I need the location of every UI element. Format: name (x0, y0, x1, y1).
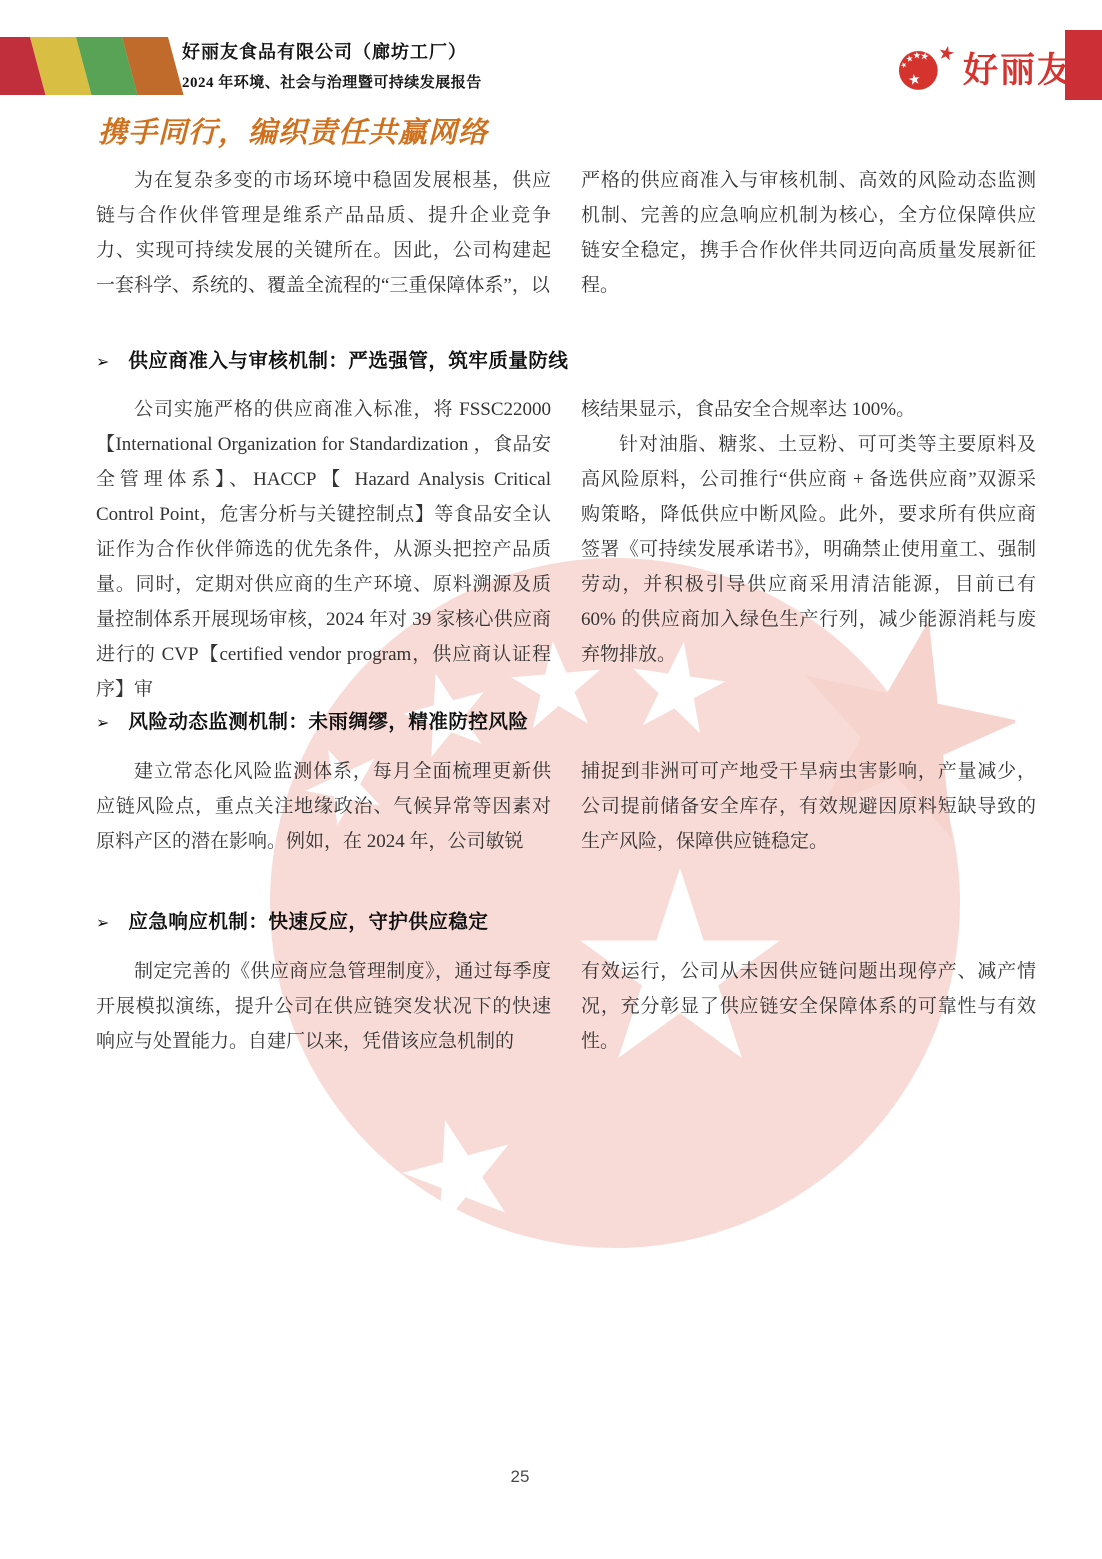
section-1-right-column: 核结果显示，食品安全合规率达 100%。 针对油脂、糖浆、土豆粉、可可类等主要原… (581, 392, 1036, 707)
paragraph: 有效运行，公司从未因供应链问题出现停产、减产情况，充分彰显了供应链安全保障体系的… (581, 954, 1036, 1059)
paragraph: 建立常态化风险监测体系，每月全面梳理更新供应链风险点，重点关注地缘政治、气候异常… (96, 754, 551, 859)
page-title: 携手同行，编织责任共赢网络 (98, 110, 488, 151)
page-number: 25 (511, 1467, 530, 1486)
bullet-arrow-icon: ➢ (96, 348, 109, 378)
paragraph: 捕捉到非洲可可产地受干旱病虫害影响，产量减少，公司提前储备安全库存，有效规避因原… (581, 754, 1036, 859)
paragraph: 为在复杂多变的市场环境中稳固发展根基，供应链与合作伙伴管理是维系产品品质、提升企… (96, 163, 551, 303)
paragraph: 严格的供应商准入与审核机制、高效的风险动态监测机制、完善的应急响应机制为核心，全… (581, 163, 1036, 303)
section-heading-text: 应急响应机制：快速反应，守护供应稳定 (128, 908, 488, 938)
paragraph: 公司实施严格的供应商准入标准，将 FSSC22000【International… (96, 392, 551, 707)
section-heading-risk-monitoring: ➢ 风险动态监测机制：未雨绸缪，精准防控风险 (96, 708, 1036, 739)
header-text-block: 好丽友食品有限公司（廊坊工厂） 2024 年环境、社会与治理暨可持续发展报告 (182, 38, 482, 92)
page-corner-tab (1065, 30, 1102, 100)
header-stripe-decoration (0, 37, 184, 95)
section-1-left-column: 公司实施严格的供应商准入标准，将 FSSC22000【International… (96, 392, 551, 707)
brand-logo: 好丽友 (897, 42, 1074, 94)
section-heading-text: 供应商准入与审核机制：严选强管，筑牢质量防线 (128, 347, 568, 377)
intro-right-column: 严格的供应商准入与审核机制、高效的风险动态监测机制、完善的应急响应机制为核心，全… (581, 163, 1036, 303)
section-2-left-column: 建立常态化风险监测体系，每月全面梳理更新供应链风险点，重点关注地缘政治、气候异常… (96, 754, 551, 859)
section-2-body: 建立常态化风险监测体系，每月全面梳理更新供应链风险点，重点关注地缘政治、气候异常… (96, 754, 1036, 859)
paragraph: 针对油脂、糖浆、土豆粉、可可类等主要原料及高风险原料，公司推行“供应商 + 备选… (581, 427, 1036, 672)
paragraph: 核结果显示，食品安全合规率达 100%。 (581, 392, 1036, 427)
section-3-right-column: 有效运行，公司从未因供应链问题出现停产、减产情况，充分彰显了供应链安全保障体系的… (581, 954, 1036, 1059)
bullet-arrow-icon: ➢ (96, 909, 109, 939)
intro-row: 为在复杂多变的市场环境中稳固发展根基，供应链与合作伙伴管理是维系产品品质、提升企… (96, 163, 1036, 303)
company-name: 好丽友食品有限公司（廊坊工厂） (182, 38, 482, 64)
section-3-left-column: 制定完善的《供应商应急管理制度》，通过每季度开展模拟演练，提升公司在供应链突发状… (96, 954, 551, 1059)
section-heading-supplier-access: ➢ 供应商准入与审核机制：严选强管，筑牢质量防线 (96, 347, 1036, 378)
section-1-body: 公司实施严格的供应商准入标准，将 FSSC22000【International… (96, 392, 1036, 707)
section-3-body: 制定完善的《供应商应急管理制度》，通过每季度开展模拟演练，提升公司在供应链突发状… (96, 954, 1036, 1059)
report-page: 好丽友食品有限公司（廊坊工厂） 2024 年环境、社会与治理暨可持续发展报告 (0, 0, 1102, 1559)
report-subtitle: 2024 年环境、社会与治理暨可持续发展报告 (182, 71, 482, 92)
bullet-arrow-icon: ➢ (96, 709, 109, 739)
intro-left-column: 为在复杂多变的市场环境中稳固发展根基，供应链与合作伙伴管理是维系产品品质、提升企… (96, 163, 551, 303)
section-heading-emergency-response: ➢ 应急响应机制：快速反应，守护供应稳定 (96, 908, 1036, 939)
section-heading-text: 风险动态监测机制：未雨绸缪，精准防控风险 (128, 708, 528, 738)
page-footer: 25 (0, 1467, 1040, 1487)
brand-logo-text: 好丽友 (963, 43, 1074, 93)
paragraph: 制定完善的《供应商应急管理制度》，通过每季度开展模拟演练，提升公司在供应链突发状… (96, 954, 551, 1059)
brand-ball-star-icon (897, 42, 961, 94)
section-2-right-column: 捕捉到非洲可可产地受干旱病虫害影响，产量减少，公司提前储备安全库存，有效规避因原… (581, 754, 1036, 859)
